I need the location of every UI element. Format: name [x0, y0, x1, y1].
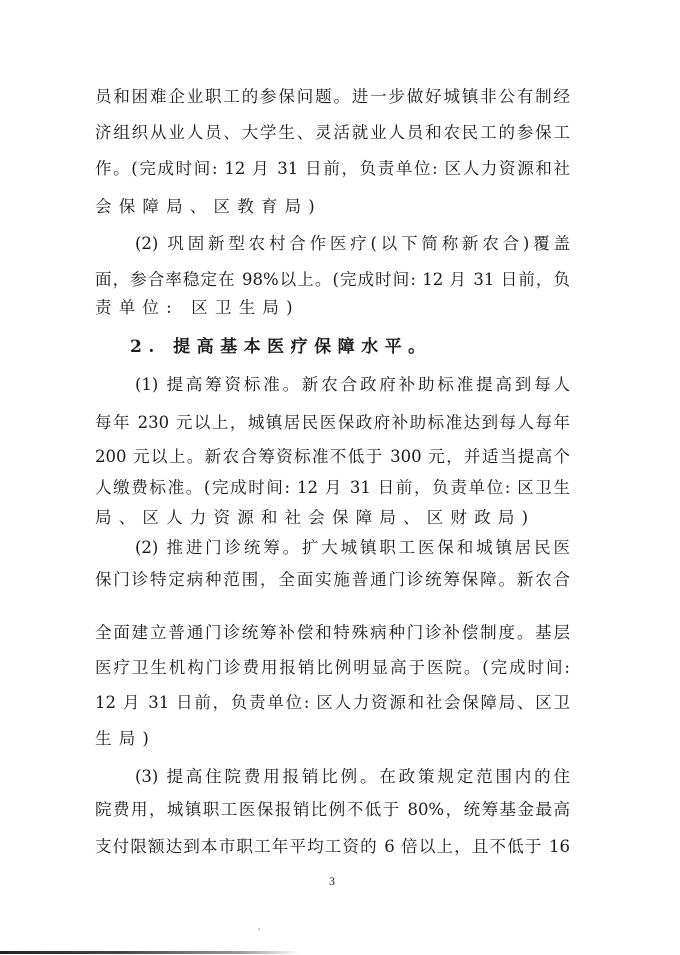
body-text-line: 人缴费标准。(完成时间: 12 月 31 日前，负责单位: 区卫生 [95, 478, 570, 498]
paragraph-start-line: (2) 巩固新型农村合作医疗(以下简称新农合)覆盖 [135, 234, 570, 254]
paragraph-start-line: (3) 提高住院费用报销比例。在政策规定范围内的住 [135, 767, 570, 787]
body-text-line: 12 月 31 日前，负责单位: 区人力资源和社会保障局、区卫 [95, 693, 570, 713]
paragraph-start-line: (2) 推进门诊统筹。扩大城镇职工医保和城镇居民医 [135, 538, 570, 558]
body-text-line: 面，参合率稳定在 98%以上。(完成时间: 12 月 31 日前，负 [95, 270, 570, 290]
body-text-line: 保门诊特定病种范围，全面实施普通门诊统筹保障。新农合 [95, 570, 570, 590]
scan-edge-shadow [0, 951, 300, 954]
paragraph-start-line: (1) 提高筹资标准。新农合政府补助标准提高到每人 [135, 375, 570, 395]
scan-speck [432, 240, 434, 242]
body-text-line: 院费用，城镇职工医保报销比例不低于 80%，统筹基金最高 [95, 800, 570, 820]
section-heading: 2. 提高基本医疗保障水平。 [130, 337, 605, 357]
body-text-line: 医疗卫生机构门诊费用报销比例明显高于医院。(完成时间: [95, 658, 570, 678]
body-text-line: 局、区人力资源和社会保障局、区财政局) [95, 508, 570, 528]
body-text-line: 济组织从业人员、大学生、灵活就业人员和农民工的参保工 [95, 123, 570, 143]
body-text-line: 责单位: 区卫生局) [95, 298, 570, 318]
body-text-line: 200 元以上。新农合筹资标准不低于 300 元，并适当提高个 [95, 447, 570, 467]
body-text-line: 每年 230 元以上，城镇居民医保政府补助标准达到每人每年 [95, 413, 570, 433]
body-text-line: 生局) [95, 729, 570, 749]
page-number: 3 [322, 874, 342, 889]
body-text-line: 作。(完成时间: 12 月 31 日前，负责单位: 区人力资源和社 [95, 159, 570, 179]
body-text-line: 全面建立普通门诊统筹补偿和特殊病种门诊补偿制度。基层 [95, 623, 570, 643]
scan-speck [258, 928, 260, 930]
body-text-line: 支付限额达到本市职工年平均工资的 6 倍以上，且不低于 16 [95, 837, 570, 857]
body-text-line: 会保障局、区教育局) [95, 197, 570, 217]
body-text-line: 员和困难企业职工的参保问题。进一步做好城镇非公有制经 [95, 87, 570, 107]
document-page: 员和困难企业职工的参保问题。进一步做好城镇非公有制经 济组织从业人员、大学生、灵… [0, 0, 680, 955]
